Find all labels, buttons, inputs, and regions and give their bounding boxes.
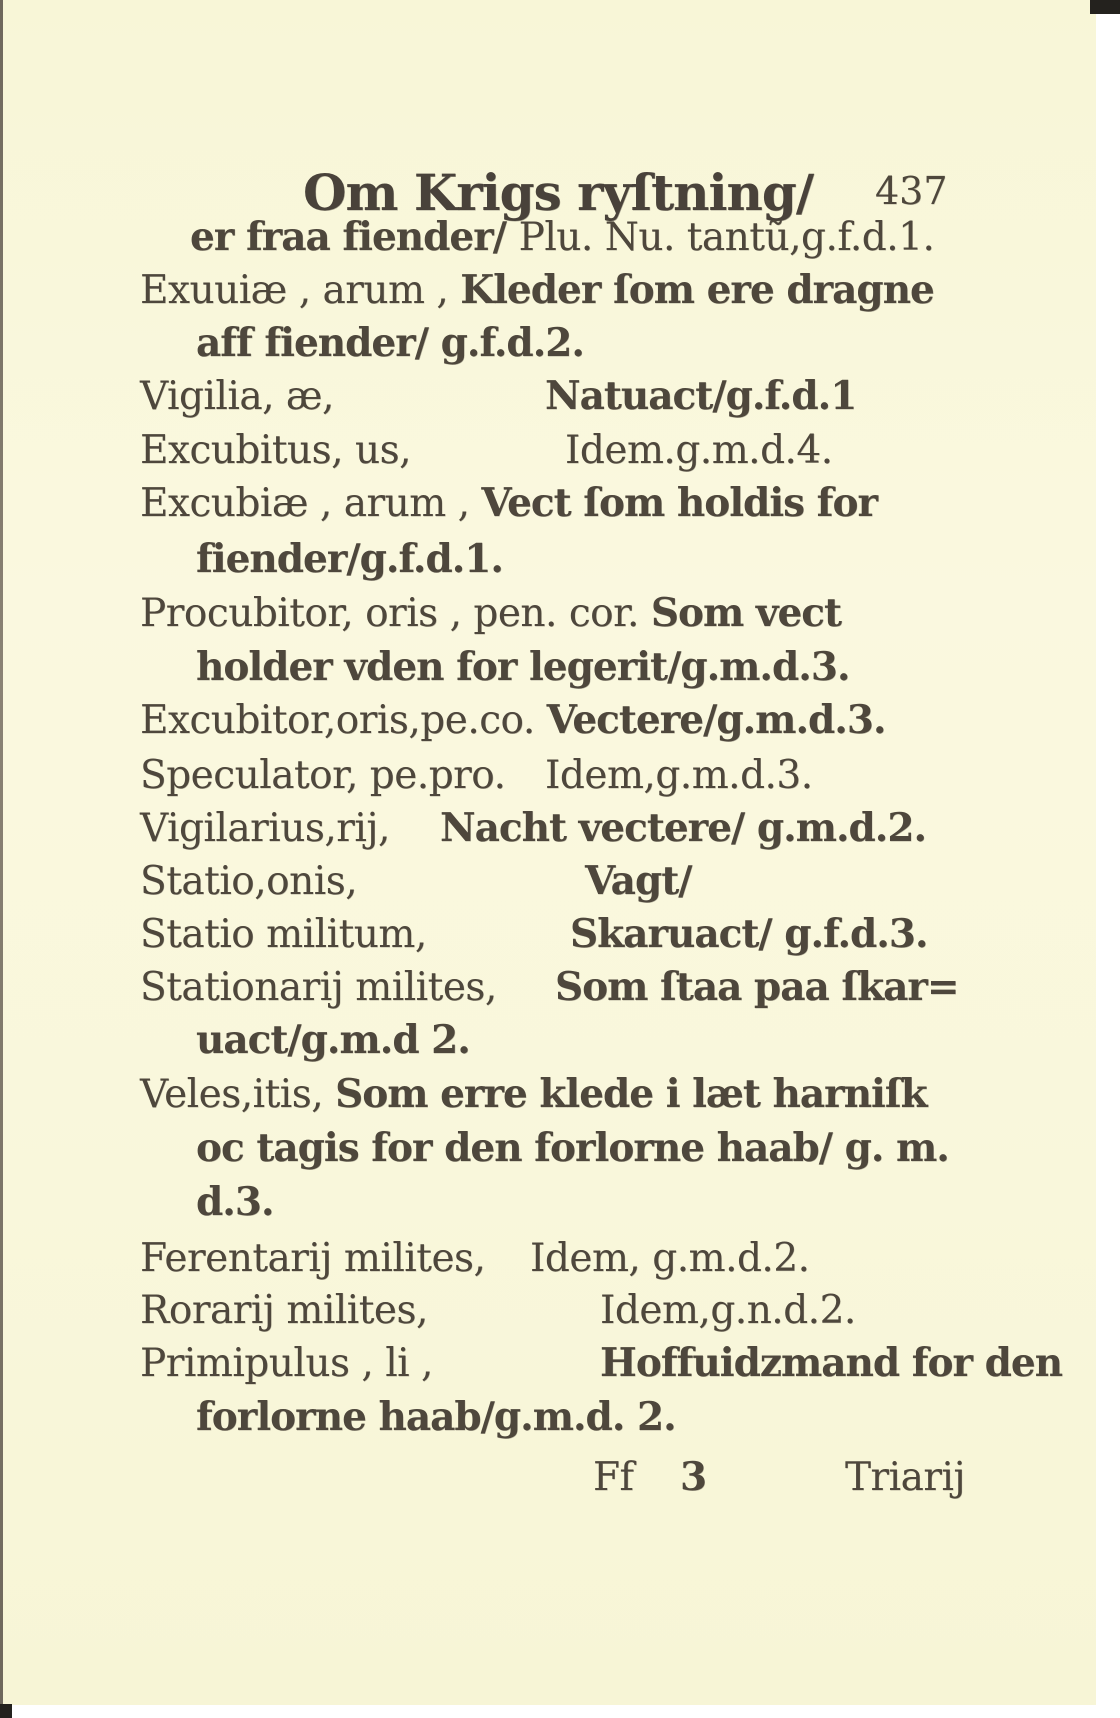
danish-text: Som erre klede i læt harniſk bbox=[335, 1071, 927, 1117]
danish-text: Som vect bbox=[651, 590, 841, 636]
catchword: Triarij bbox=[845, 1458, 965, 1497]
text-line: Statio militum,Skaruact/ g.f.d.3. bbox=[140, 915, 427, 954]
text-line: Stationarij milites,Som ſtaa paa ſkar= bbox=[140, 968, 497, 1007]
text-line: Excubitor,oris,pe.co. Vectere/g.m.d.3. bbox=[140, 701, 886, 740]
latin-text: Speculator, pe.pro. bbox=[140, 753, 506, 798]
latin-text: Idem.g.m.d.4. bbox=[565, 431, 833, 470]
latin-text: Idem, g.m.d.2. bbox=[530, 1239, 810, 1278]
latin-text: Procubitor, oris , pen. cor. bbox=[140, 591, 651, 636]
text-line: Rorarij milites,Idem,g.n.d.2. bbox=[140, 1291, 428, 1330]
text-line: Excubitus, us,Idem.g.m.d.4. bbox=[140, 431, 411, 470]
text-line: holder vden for legerit/g.m.d.3. bbox=[196, 648, 850, 687]
latin-text: Rorarij milites, bbox=[140, 1288, 428, 1333]
text-line: Ff3Triarij bbox=[593, 1458, 634, 1497]
latin-text: Idem,g.m.d.3. bbox=[545, 756, 813, 795]
latin-text: Excubitus, us, bbox=[140, 428, 411, 473]
latin-text: Excubiæ , arum , bbox=[140, 481, 481, 526]
text-line: forlorne haab/g.m.d. 2. bbox=[196, 1398, 676, 1437]
text-line: Veles,itis, Som erre klede i læt harniſk bbox=[140, 1075, 927, 1114]
text-block: er fraa fiender/ Plu. Nu. tantũ,g.f.d.1.… bbox=[0, 0, 1096, 1705]
text-line: Speculator, pe.pro.Idem,g.m.d.3. bbox=[140, 756, 506, 795]
scan-left-edge-artifact bbox=[0, 0, 3, 1705]
latin-text: Plu. Nu. tantũ,g.f.d.1. bbox=[519, 215, 935, 260]
text-line: fiender/g.f.d.1. bbox=[196, 540, 503, 579]
latin-text: Idem,g.n.d.2. bbox=[600, 1291, 856, 1330]
danish-text: holder vden for legerit/g.m.d.3. bbox=[196, 644, 850, 690]
danish-text: Vect ſom holdis for bbox=[481, 480, 877, 526]
latin-text: Primipulus , li , bbox=[140, 1341, 433, 1386]
danish-text: Vagt/ bbox=[585, 862, 691, 901]
danish-text: oc tagis for den forlorne haab/ g. m. bbox=[196, 1125, 949, 1171]
danish-text: Som ſtaa paa ſkar= bbox=[555, 968, 959, 1007]
scanned-page: { "document": { "header": { "title": "Om… bbox=[0, 0, 1120, 1718]
danish-text: Skaruact/ g.f.d.3. bbox=[570, 915, 928, 954]
latin-text: Veles,itis, bbox=[140, 1072, 335, 1117]
text-line: Vigilarius,rij,Nacht vectere/ g.m.d.2. bbox=[140, 809, 390, 848]
danish-text: Kleder ſom ere dragne bbox=[460, 267, 934, 313]
text-line: uact/g.m.d 2. bbox=[196, 1021, 470, 1060]
text-line: d.3. bbox=[196, 1183, 274, 1222]
text-line: oc tagis for den forlorne haab/ g. m. bbox=[196, 1129, 949, 1168]
danish-text: aff fiender/ g.f.d.2. bbox=[196, 320, 584, 366]
latin-text: Excubitor,oris,pe.co. bbox=[140, 698, 547, 743]
danish-text: d.3. bbox=[196, 1179, 274, 1225]
signature-number: 3 bbox=[680, 1458, 706, 1497]
latin-text: Vigilia, æ, bbox=[140, 374, 334, 419]
latin-text: Exuuiæ , arum , bbox=[140, 268, 460, 313]
text-line: Ferentarij milites,Idem, g.m.d.2. bbox=[140, 1239, 485, 1278]
latin-text: Statio,onis, bbox=[140, 859, 357, 904]
danish-text: uact/g.m.d 2. bbox=[196, 1017, 470, 1063]
danish-text: Vectere/g.m.d.3. bbox=[547, 697, 886, 743]
danish-text: Nacht vectere/ g.m.d.2. bbox=[440, 809, 926, 848]
text-line: Exuuiæ , arum , Kleder ſom ere dragne bbox=[140, 271, 934, 310]
danish-text: forlorne haab/g.m.d. 2. bbox=[196, 1394, 676, 1440]
latin-text: Vigilarius,rij, bbox=[140, 806, 390, 851]
latin-text: Stationarij milites, bbox=[140, 965, 497, 1010]
text-line: Excubiæ , arum , Vect ſom holdis for bbox=[140, 484, 877, 523]
scan-top-right-mark bbox=[1090, 0, 1120, 14]
text-line: aff fiender/ g.f.d.2. bbox=[196, 324, 584, 363]
danish-text: fiender/g.f.d.1. bbox=[196, 536, 503, 582]
latin-text: Ferentarij milites, bbox=[140, 1236, 485, 1281]
signature-mark: Ff bbox=[593, 1455, 634, 1500]
latin-text: Statio militum, bbox=[140, 912, 427, 957]
text-line: Vigilia, æ,Natuact/g.f.d.1 bbox=[140, 377, 334, 416]
danish-text: Hoffuidzmand for den bbox=[600, 1344, 1062, 1383]
text-line: Procubitor, oris , pen. cor. Som vect bbox=[140, 594, 841, 633]
text-line: Statio,onis,Vagt/ bbox=[140, 862, 357, 901]
text-line: Primipulus , li ,Hoffuidzmand for den bbox=[140, 1344, 433, 1383]
text-line: er fraa fiender/ Plu. Nu. tantũ,g.f.d.1. bbox=[190, 218, 934, 257]
danish-text: Natuact/g.f.d.1 bbox=[545, 377, 856, 416]
paper-page: Om Krigs ryſtning/ 437 er fraa fiender/ … bbox=[0, 0, 1096, 1705]
danish-text: er fraa fiender/ bbox=[190, 214, 519, 260]
scan-bottom-left-mark bbox=[0, 1704, 12, 1718]
